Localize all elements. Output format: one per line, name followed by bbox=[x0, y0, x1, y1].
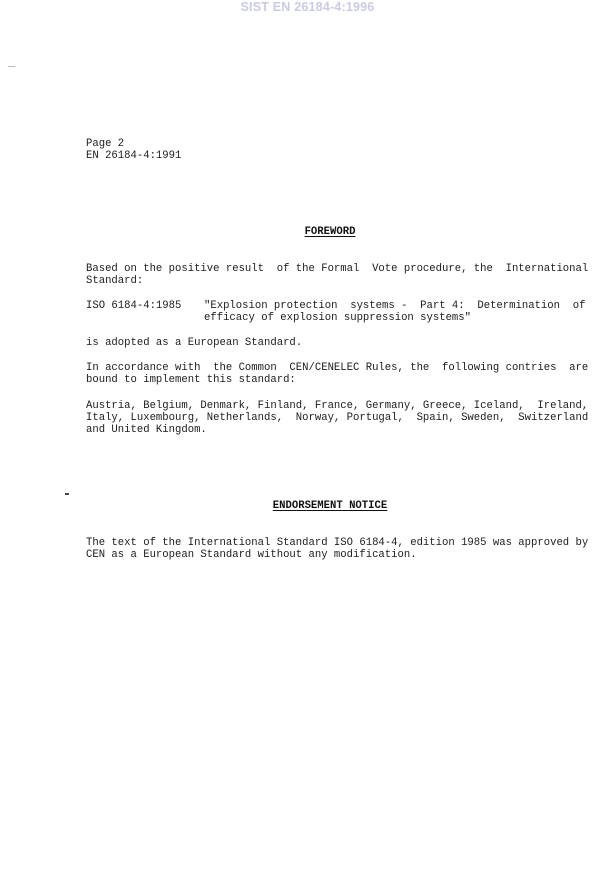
page-label: Page 2 bbox=[86, 138, 124, 151]
foreword-intro-line1: Based on the positive result of the Form… bbox=[86, 263, 588, 276]
endorsement-title: ENDORSEMENT NOTICE bbox=[250, 500, 410, 513]
document-id: EN 26184-4:1991 bbox=[86, 150, 181, 163]
endorsement-line2: CEN as a European Standard without any m… bbox=[86, 549, 417, 562]
standard-title-line2: efficacy of explosion suppression system… bbox=[204, 312, 471, 325]
accordance-line1: In accordance with the Common CEN/CENELE… bbox=[86, 362, 588, 375]
countries-line1: Austria, Belgium, Denmark, Finland, Fran… bbox=[86, 400, 588, 413]
adopted-statement: is adopted as a European Standard. bbox=[86, 337, 302, 350]
accordance-line2: bound to implement this standard: bbox=[86, 374, 296, 387]
standard-title-line1: "Explosion protection systems - Part 4: … bbox=[204, 300, 585, 313]
countries-line3: and United Kingdom. bbox=[86, 424, 207, 437]
scan-speck bbox=[8, 66, 15, 67]
document-page: Page 2 EN 26184-4:1991 FOREWORD Based on… bbox=[0, 0, 615, 876]
standard-reference: ISO 6184-4:1985 bbox=[86, 300, 181, 313]
foreword-title: FOREWORD bbox=[280, 226, 380, 239]
foreword-intro-line2: Standard: bbox=[86, 275, 143, 288]
scan-mark bbox=[65, 493, 69, 495]
countries-line2: Italy, Luxembourg, Netherlands, Norway, … bbox=[86, 412, 588, 425]
endorsement-line1: The text of the International Standard I… bbox=[86, 537, 588, 550]
